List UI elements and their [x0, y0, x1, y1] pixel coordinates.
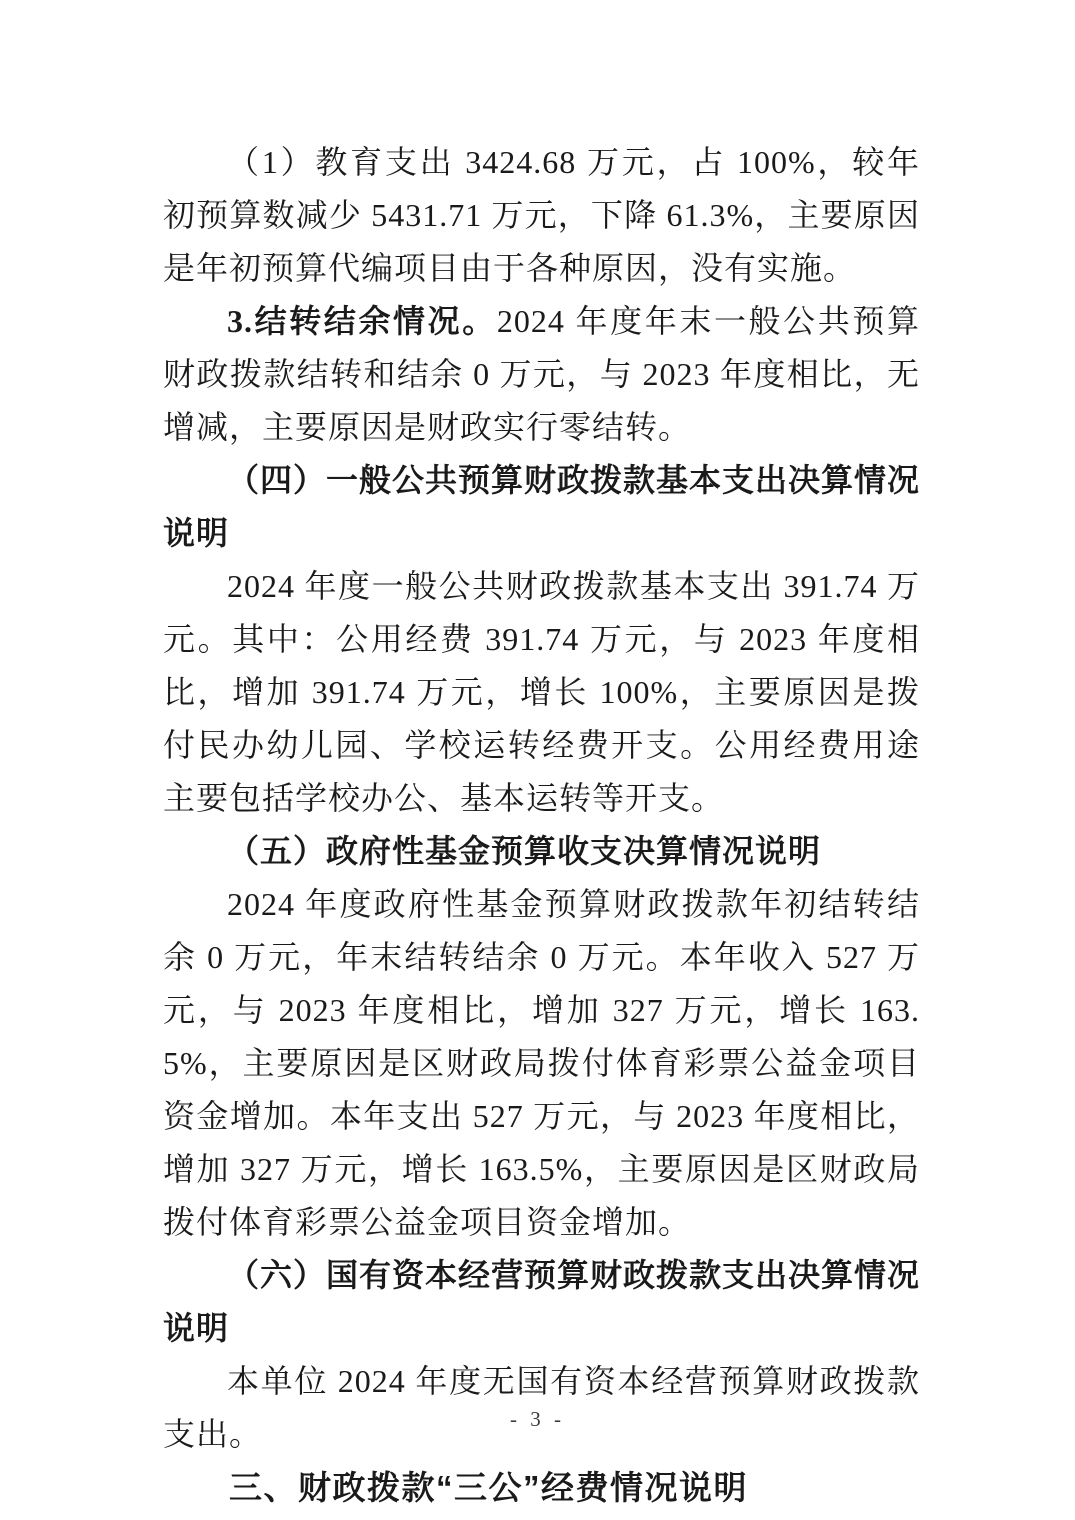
page-number: - 3 - [510, 1407, 565, 1431]
heading-three-public-funds: 三、财政拨款“三公”经费情况说明 [163, 1461, 920, 1514]
text-run: （1）教育支出 3424.68 万元，占 100%，较年初预算数减少 5431.… [163, 144, 920, 286]
text-run: （五）政府性基金预算收支决算情况说明 [227, 833, 821, 869]
para-education-expenditure: （1）教育支出 3424.68 万元，占 100%，较年初预算数减少 5431.… [163, 136, 920, 295]
para-basic-expenditure: 2024 年度一般公共财政拨款基本支出 391.74 万元。其中：公用经费 39… [163, 560, 920, 825]
heading-section-4: （四）一般公共预算财政拨款基本支出决算情况说明 [163, 454, 920, 560]
text-run: （六）国有资本经营预算财政拨款支出决算情况说明 [163, 1257, 920, 1346]
text-run: 3.结转结余情况。 [227, 303, 497, 339]
text-run: （四）一般公共预算财政拨款基本支出决算情况说明 [163, 462, 920, 551]
text-run: 三、财政拨款“三公”经费情况说明 [229, 1469, 748, 1506]
page-footer: - 3 - [0, 1404, 1075, 1434]
text-run: 2024 年度政府性基金预算财政拨款年初结转结余 0 万元，年末结转结余 0 万… [163, 886, 920, 1240]
para-government-fund: 2024 年度政府性基金预算财政拨款年初结转结余 0 万元，年末结转结余 0 万… [163, 878, 920, 1249]
heading-section-6: （六）国有资本经营预算财政拨款支出决算情况说明 [163, 1249, 920, 1355]
text-run: 2024 年度一般公共财政拨款基本支出 391.74 万元。其中：公用经费 39… [163, 568, 920, 816]
document-page: （1）教育支出 3424.68 万元，占 100%，较年初预算数减少 5431.… [0, 0, 1075, 1520]
heading-section-5: （五）政府性基金预算收支决算情况说明 [163, 825, 920, 878]
para-carryover-balance: 3.结转结余情况。2024 年度年末一般公共预算财政拨款结转和结余 0 万元，与… [163, 295, 920, 454]
document-body: （1）教育支出 3424.68 万元，占 100%，较年初预算数减少 5431.… [163, 136, 920, 1514]
